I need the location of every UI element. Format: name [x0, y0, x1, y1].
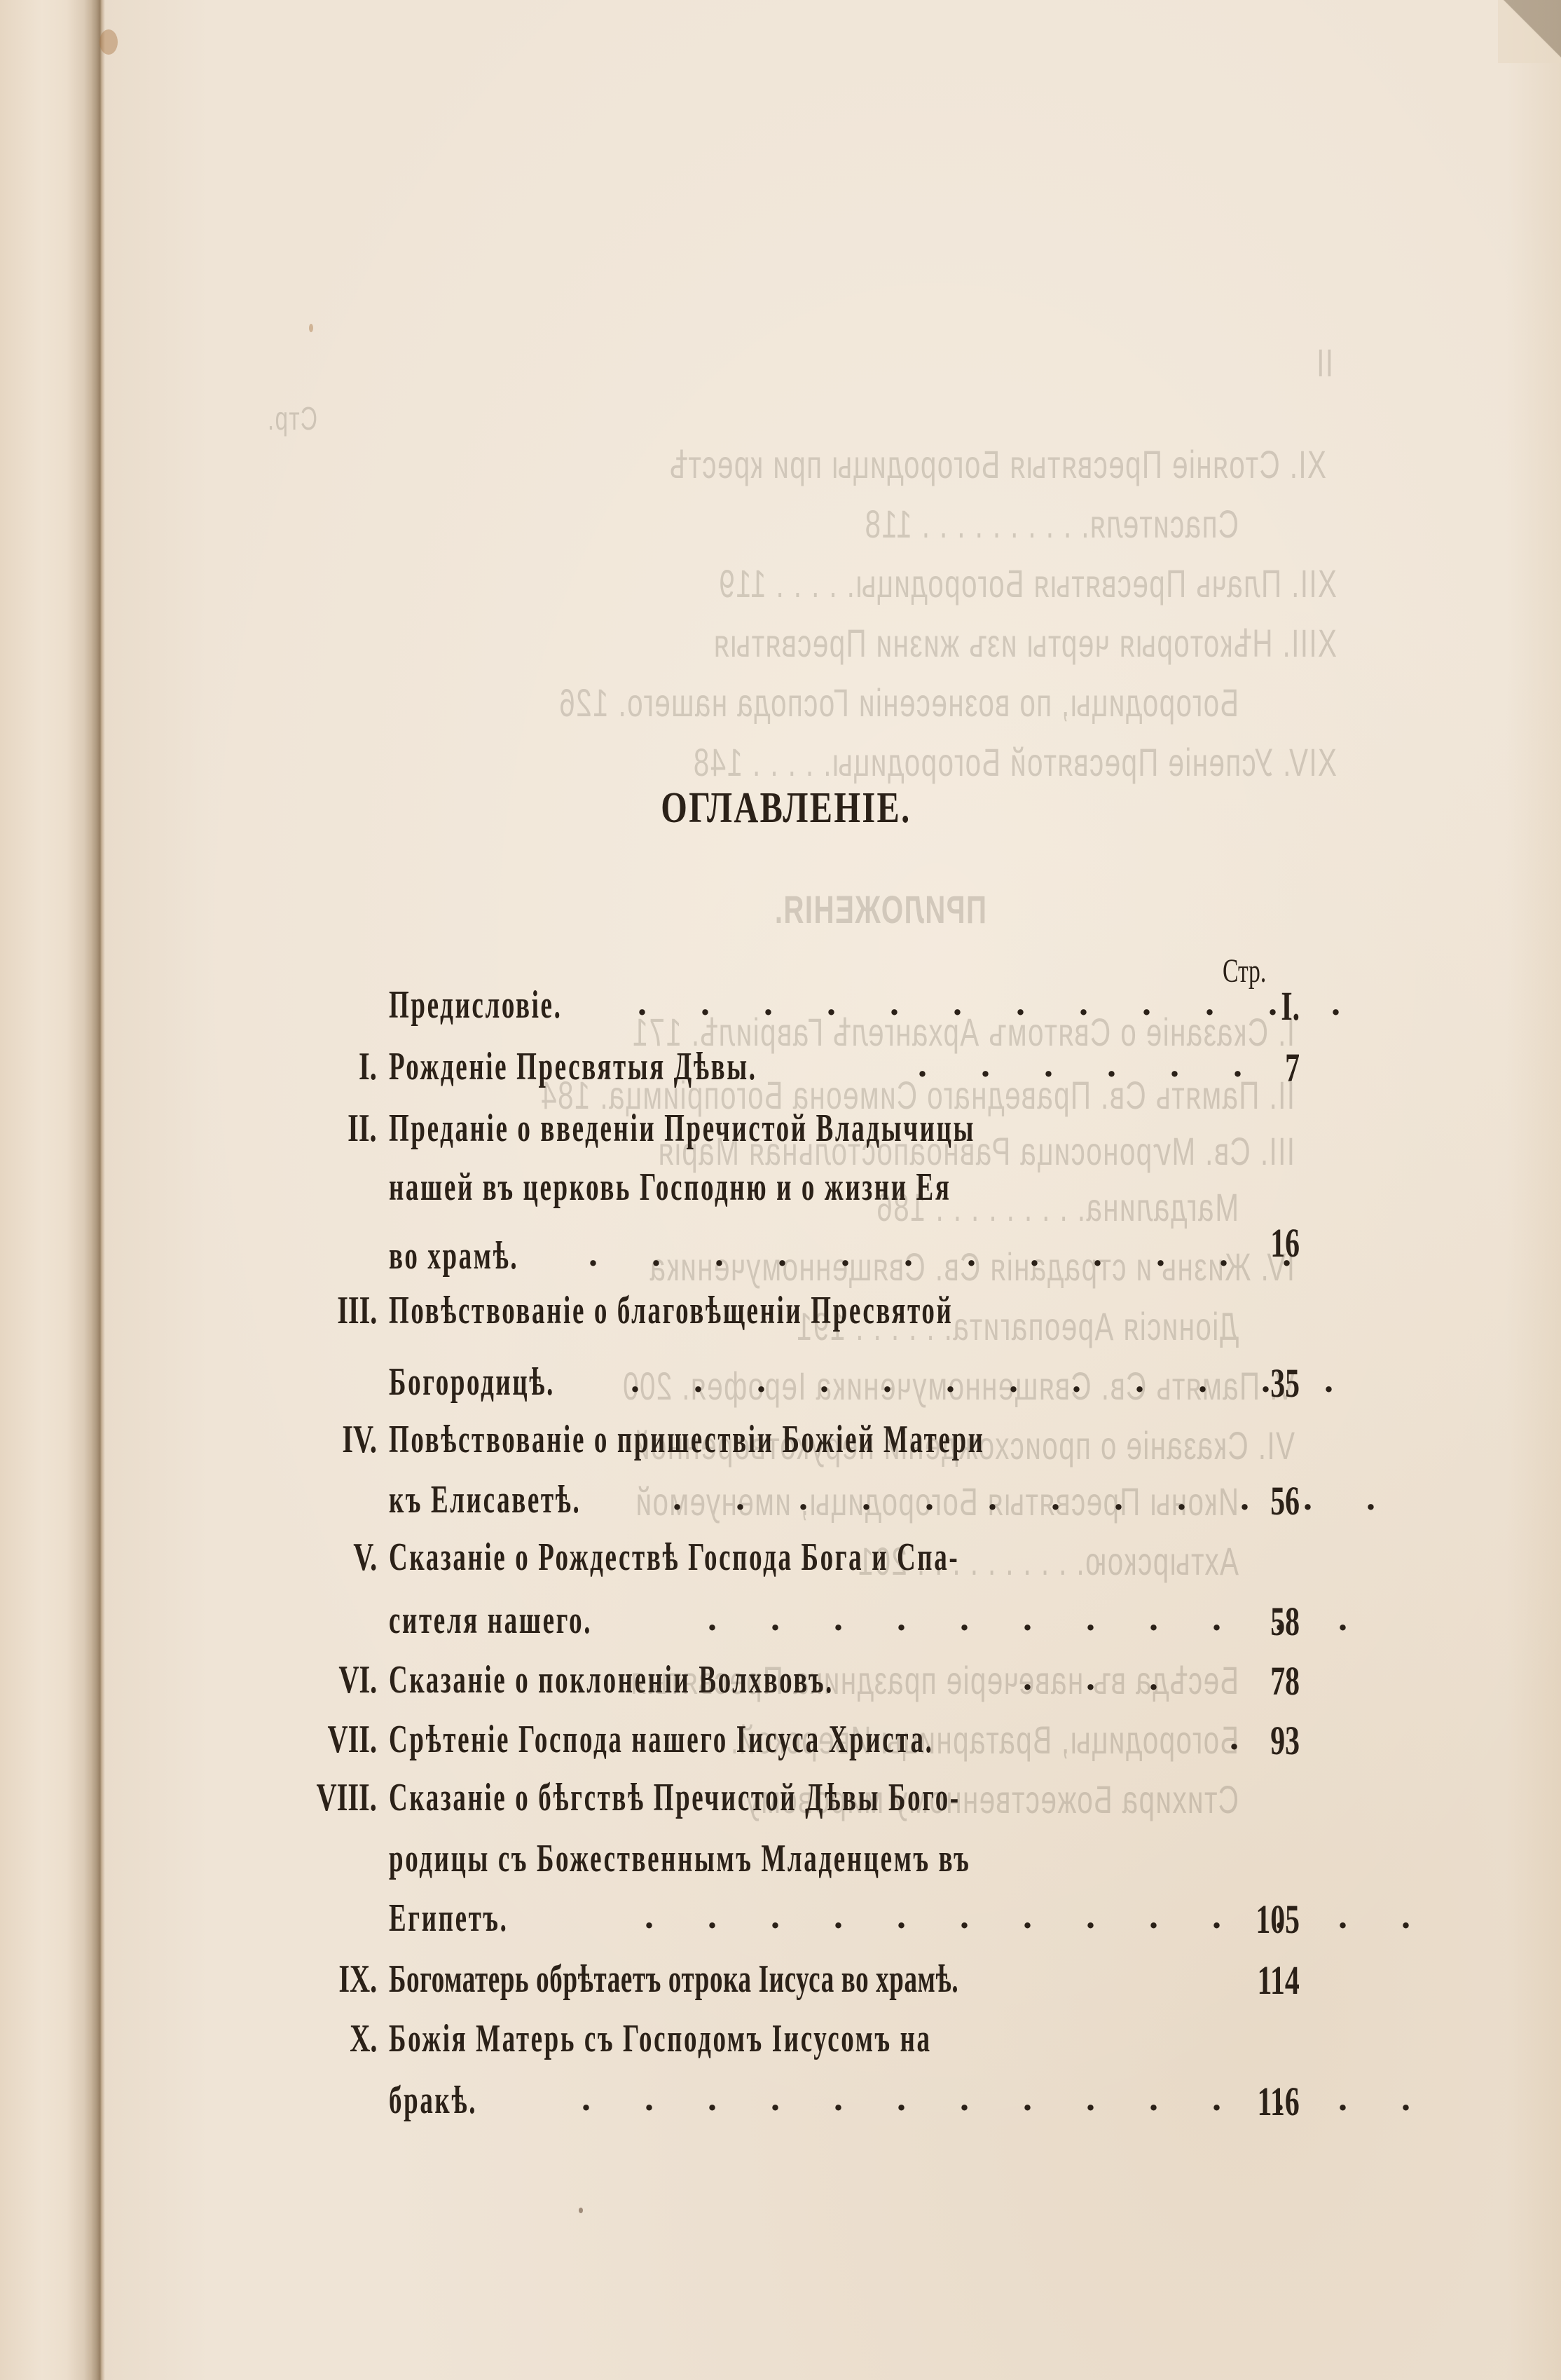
toc-page-number: 16	[1270, 1219, 1300, 1266]
toc-entry-7: VII. Срѣтеніе Господа нашего Іисуса Хрис…	[0, 1717, 1561, 1766]
chapter-numeral: II.	[348, 1106, 377, 1151]
toc-entry-4-cont: къ Елисаветѣ. . . . . . . . . . . . . 56	[0, 1477, 1561, 1526]
toc-entry-title: Преданіе о введеніи Пречистой Владычицы	[389, 1106, 975, 1151]
toc-entry-1: I. Рожденіе Пресвятыя Дѣвы. . . . . . . …	[0, 1044, 1561, 1093]
toc-page-number: 35	[1270, 1360, 1300, 1407]
chapter-numeral: IX.	[338, 1957, 377, 2002]
toc-entry-5: V. Сказаніе о Рождествѣ Господа Бога и С…	[0, 1535, 1561, 1584]
toc-entry-title: Сказаніе о бѣгствѣ Пречистой Дѣвы Бого-	[389, 1775, 961, 1820]
toc-entry-4: IV. Повѣствованіе о пришествіи Божіей Ма…	[0, 1417, 1561, 1466]
toc-entry-title: Сказаніе о Рождествѣ Господа Бога и Спа-	[389, 1535, 959, 1580]
toc-entry-10: X. Божія Матерь съ Господомъ Іисусомъ на	[0, 2016, 1561, 2065]
toc-entry-title: Срѣтеніе Господа нашего Іисуса Христа.	[389, 1717, 934, 1762]
bleed-line: XI. Стояніе Пресвятыя Богородицы при кре…	[669, 442, 1326, 487]
toc-entry-9: IX. Богоматерь обрѣтаетъ отрока Іисуса в…	[0, 1957, 1561, 2006]
toc-entry-title-cont: бракѣ.	[389, 2078, 477, 2123]
toc-page-number: 93	[1270, 1717, 1300, 1764]
toc-entry-5-cont: сителя нашего. . . . . . . . . . . . 58	[0, 1598, 1561, 1647]
toc-page-number: 105	[1256, 1896, 1300, 1943]
leader-dots: . . . . . . . . . . . .	[631, 1360, 1356, 1401]
toc-page-number: 78	[1270, 1657, 1300, 1704]
toc-entry-title-cont: родицы съ Божественнымъ Младенцемъ въ	[389, 1836, 970, 1881]
toc-entry-title: Сказаніе о поклоненіи Волхвовъ.	[389, 1657, 834, 1702]
toc-entry-8-cont: родицы съ Божественнымъ Младенцемъ въ	[0, 1836, 1561, 1885]
toc-entry-title: Божія Матерь съ Господомъ Іисусомъ на	[389, 2016, 932, 2061]
toc-entry-title: Богоматерь обрѣтаетъ отрока Іисуса во хр…	[389, 1957, 958, 2002]
toc-entry-2: II. Преданіе о введеніи Пречистой Владыч…	[0, 1106, 1561, 1155]
toc-entry-title: Рожденіе Пресвятыя Дѣвы.	[389, 1044, 757, 1089]
toc-entry-title: Предисловіе.	[389, 983, 562, 1027]
toc-page-number: 58	[1270, 1598, 1300, 1645]
toc-entry-title-cont: Богородицѣ.	[389, 1360, 555, 1404]
chapter-numeral: VII.	[327, 1717, 377, 1762]
toc-entry-3: III. Повѣствованіе о благовѣщеніи Пресвя…	[0, 1288, 1561, 1337]
toc-entry-title-cont: во храмѣ.	[389, 1233, 518, 1278]
leader-dots: . . . . . . . . . . . .	[589, 1233, 1314, 1275]
chapter-numeral: VI.	[338, 1657, 377, 1702]
toc-page-number: I.	[1281, 983, 1300, 1030]
toc-entry-10-cont: бракѣ. . . . . . . . . . . . . . . 116	[0, 2078, 1561, 2127]
chapter-numeral: X.	[350, 2016, 377, 2061]
chapter-numeral: IV.	[342, 1417, 377, 1462]
chapter-numeral: V.	[353, 1535, 377, 1580]
bleed-line: XIV. Успеніе Пресвятой Богородицы. . . .…	[692, 739, 1337, 785]
bleed-line: XIII. Нѣкоторыя черты изъ жизни Пресвяты…	[713, 620, 1337, 666]
toc-entry-title-cont: Египетъ.	[389, 1896, 508, 1941]
bleed-header: Стр.	[267, 399, 317, 437]
toc-entry-title: Повѣствованіе о благовѣщеніи Пресвятой	[389, 1288, 953, 1333]
toc-entry-2-cont: нашей въ церковь Господню и о жизни Ея	[0, 1165, 1561, 1214]
toc-page-number: 7	[1285, 1044, 1300, 1091]
leader-dots: . . . . . . . . . . . . . .	[582, 2078, 1433, 2119]
chapter-numeral: VIII.	[317, 1775, 377, 1820]
toc-entry-preface: Предисловіе. . . . . . . . . . . . . I.	[0, 983, 1561, 1032]
toc-entry-title: Повѣствованіе о пришествіи Божіей Матери	[389, 1417, 985, 1462]
bleed-line: XII. Плачь Пресвятыя Богородицы. . . . .…	[718, 561, 1337, 606]
toc-entry-title-cont: нашей въ церковь Господню и о жизни Ея	[389, 1165, 951, 1210]
ink-speck	[579, 2208, 583, 2213]
bleed-line: ПРИЛОЖЕНІЯ.	[773, 887, 986, 932]
toc-page-number: 56	[1270, 1477, 1300, 1524]
leader-dots: . . .	[1023, 1657, 1181, 1699]
bleed-line: Спасителя. . . . . . . . . . 118	[864, 501, 1239, 547]
toc-entry-3-cont: Богородицѣ. . . . . . . . . . . . . 35	[0, 1360, 1561, 1409]
leader-dots: .	[1230, 1717, 1261, 1758]
chapter-numeral: I.	[359, 1044, 377, 1089]
bleed-page-number: II	[1316, 340, 1333, 385]
toc-page-number: 116	[1258, 2078, 1300, 2125]
toc-entry-8-cont: Египетъ. . . . . . . . . . . . . . 105	[0, 1896, 1561, 1945]
leader-dots: . . . . . .	[918, 1044, 1265, 1086]
toc-entry-title-cont: къ Елисаветѣ.	[389, 1477, 581, 1522]
page-title: ОГЛАВЛЕНІЕ.	[177, 784, 1395, 833]
bleed-line: Богородицы, по вознесеніи Господа нашего…	[558, 680, 1239, 725]
toc-entry-title-cont: сителя нашего.	[389, 1598, 592, 1643]
toc-entry-6: VI. Сказаніе о поклоненіи Волхвовъ. . . …	[0, 1657, 1561, 1707]
leader-dots: . . . . . . . . . . . . .	[645, 1896, 1433, 1937]
toc-page-number: 114	[1258, 1957, 1300, 2004]
leader-dots: . . . . . . . . . . . .	[638, 983, 1363, 1024]
chapter-numeral: III.	[337, 1288, 377, 1333]
toc-entry-2-cont: во храмѣ. . . . . . . . . . . . . 16	[0, 1233, 1561, 1283]
toc-entry-8: VIII. Сказаніе о бѣгствѣ Пречистой Дѣвы …	[0, 1775, 1561, 1824]
